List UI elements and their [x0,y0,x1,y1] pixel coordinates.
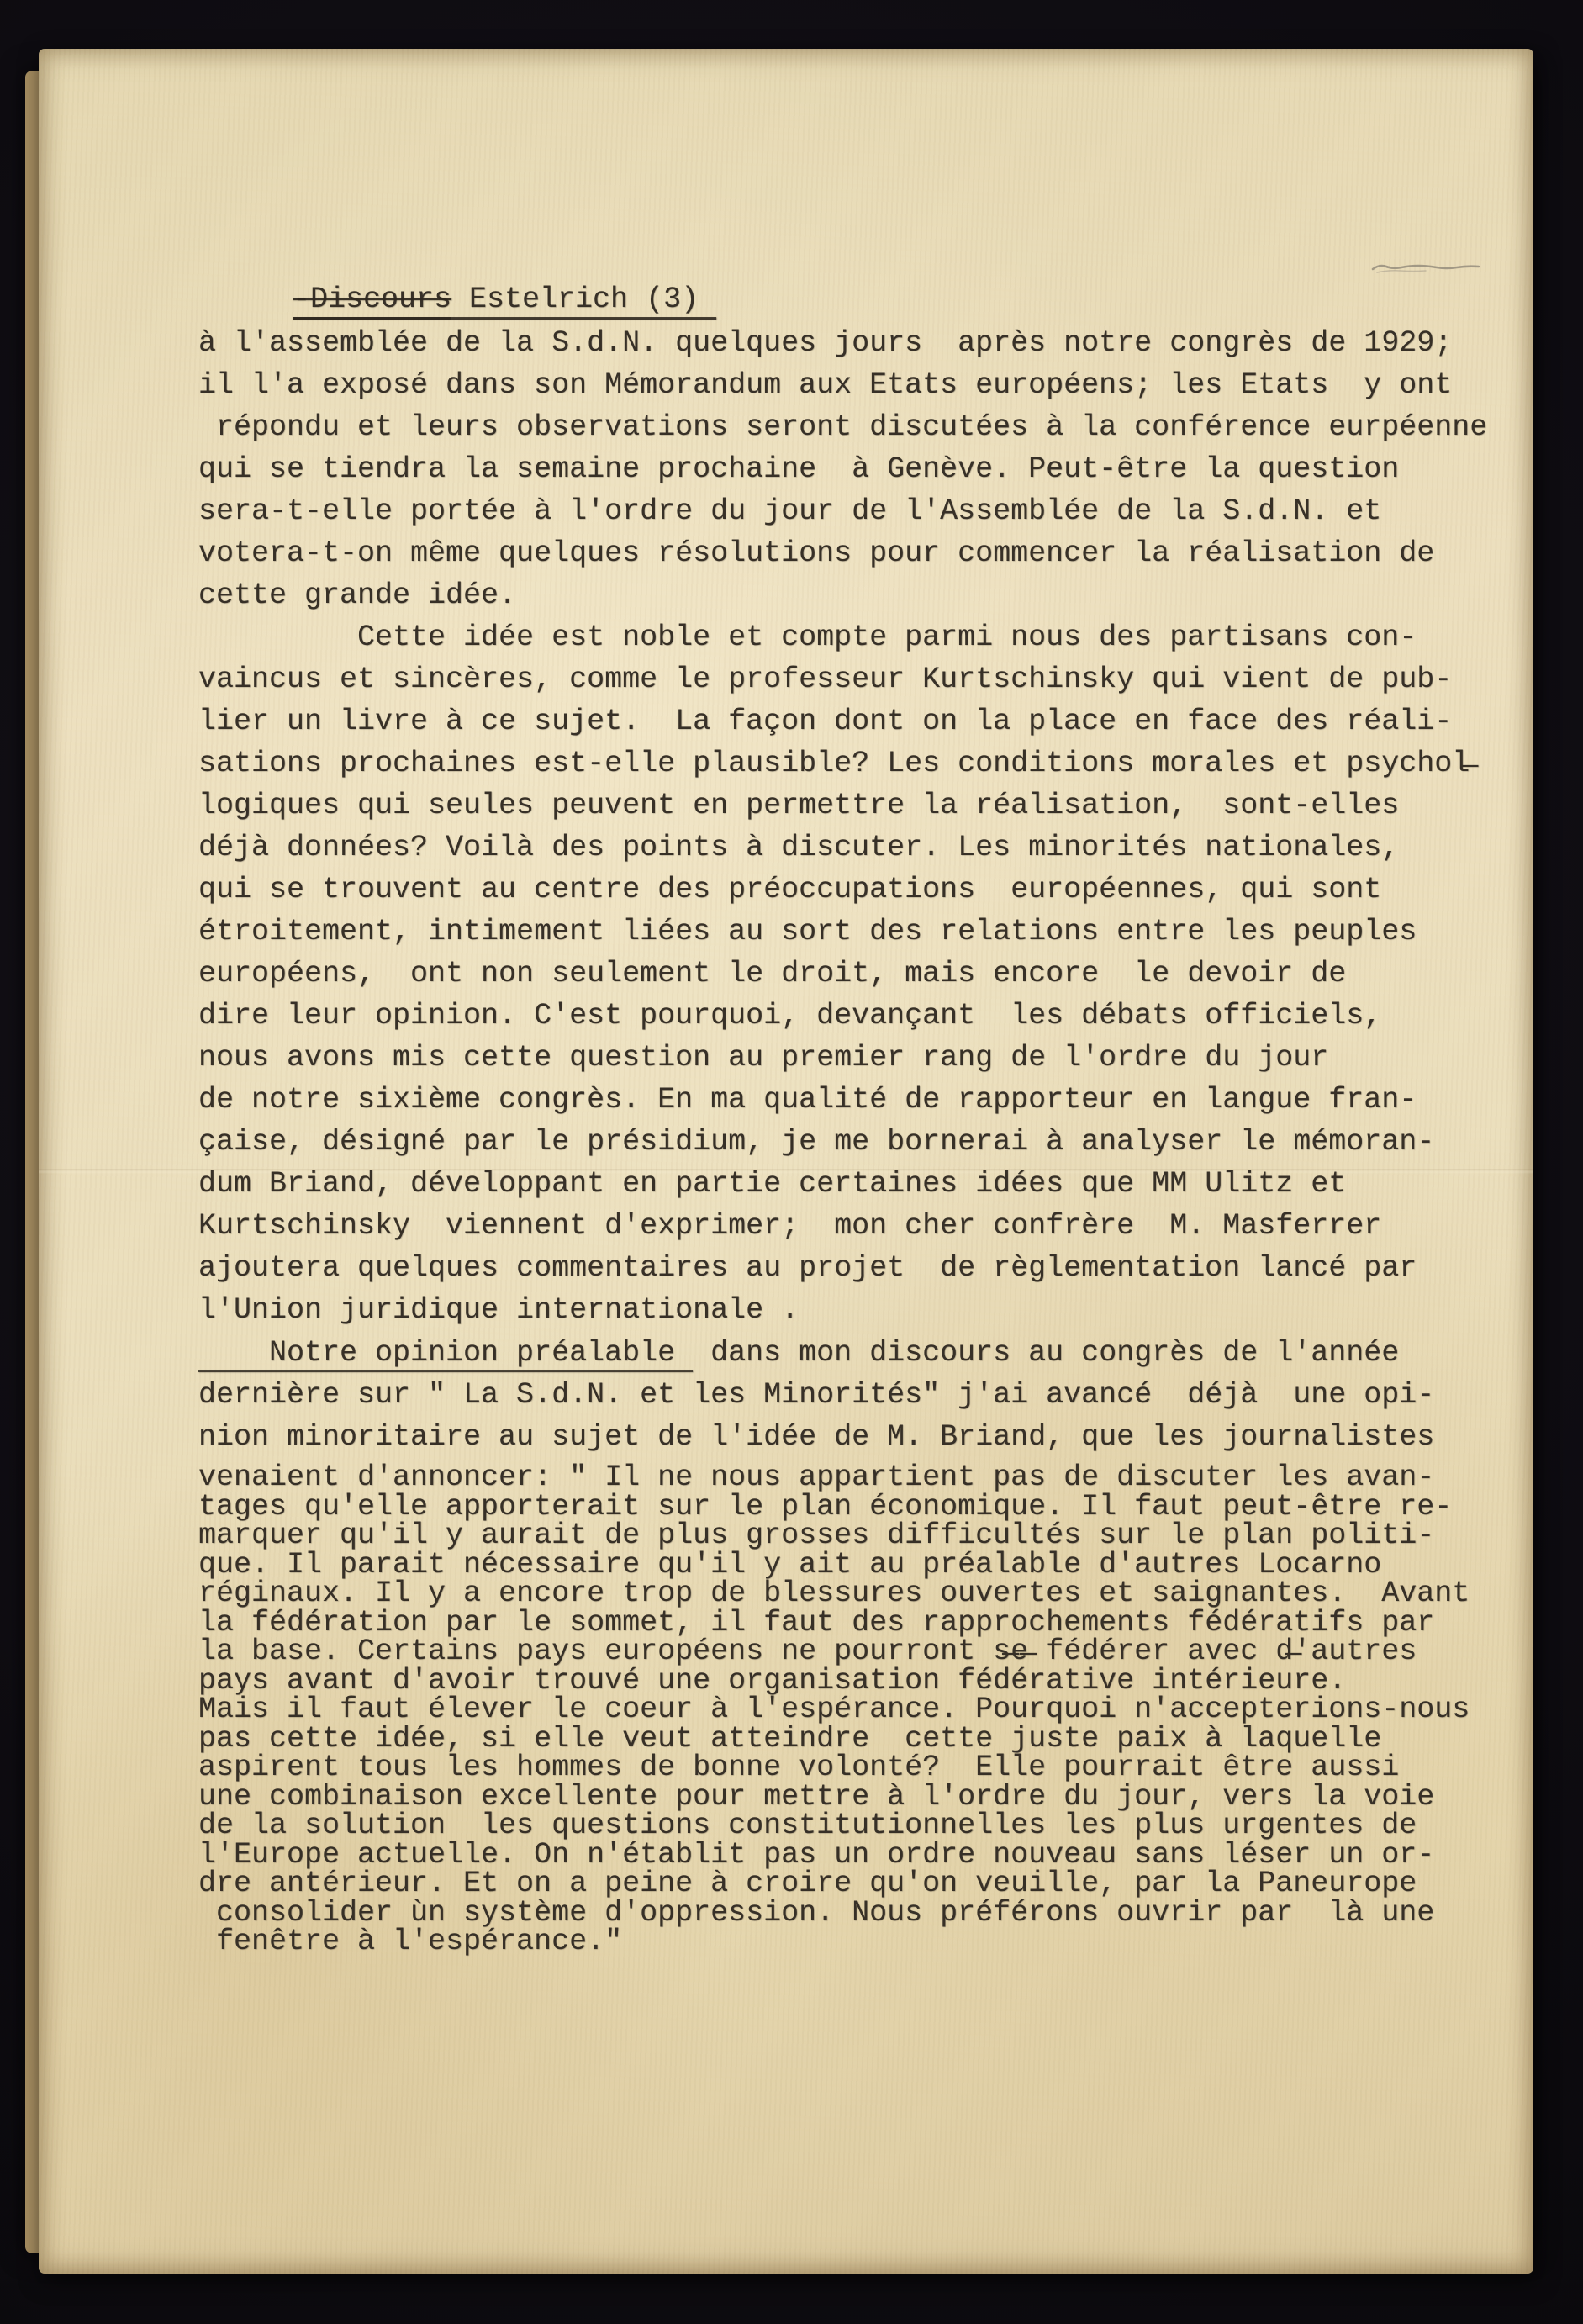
text-line: l'Europe actuelle. On n'établit pas un o… [198,1841,1470,1870]
text-line: la base. Certains pays européens ne pour… [198,1637,1470,1666]
text-line: consolider ùn système d'oppression. Nous… [198,1899,1470,1928]
text-line: cette grande idée. [198,574,1487,616]
text-line: européens, ont non seulement le droit, m… [198,953,1487,995]
text-line: aspirent tous les hommes de bonne volont… [198,1753,1470,1783]
page-title: -Discours Estelrich (3) [293,282,716,317]
text-line: pas cette idée, si elle veut atteindre c… [198,1725,1470,1754]
text-line: qui se tiendra la semaine prochaine à Ge… [198,448,1487,490]
text-line: venaient d'annoncer: " Il ne nous appart… [198,1463,1470,1492]
text-line-opinion-lead: Notre opinion préalable dans mon discour… [198,1332,1434,1374]
text-line: votera-t-on même quelques résolutions po… [198,532,1487,574]
text-line: qui se trouvent au centre des préoccupat… [198,869,1487,911]
text-line: réginaux. Il y a encore trop de blessure… [198,1579,1470,1608]
title-struck-word: -Discours [293,283,451,316]
pencil-scribble-mark [1370,256,1481,277]
text-line: dernière sur " La S.d.N. et les Minorité… [198,1374,1434,1416]
text-line: logiques qui seules peuvent en permettre… [198,784,1487,827]
text-line: dire leur opinion. C'est pourquoi, devan… [198,995,1487,1037]
paragraph-block-main: à l'assemblée de la S.d.N. quelques jour… [198,322,1487,1331]
text-line: une combinaison excellente pour mettre à… [198,1783,1470,1812]
text-line: lier un livre à ce sujet. La façon dont … [198,700,1487,742]
typewritten-page: -Discours Estelrich (3) à l'assemblée de… [39,49,1533,2274]
text-line: çaise, désigné par le présidium, je me b… [198,1121,1487,1163]
text-line: dre antérieur. Et on a peine à croire qu… [198,1869,1470,1899]
paragraph-block-opinion: Notre opinion préalable dans mon discour… [198,1332,1434,1458]
text-line: ajoutera quelques commentaires au projet… [198,1247,1487,1289]
title-rest-text: Estelrich (3) [451,283,716,316]
text-line: répondu et leurs observations seront dis… [198,406,1487,448]
text-line: dum Briand, développant en partie certai… [198,1163,1487,1205]
text-line: marquer qu'il y aurait de plus grosses d… [198,1521,1470,1550]
opinion-line-rest: dans mon discours au congrès de l'année [693,1336,1399,1370]
text-line: fenêtre à l'espérance." [198,1927,1470,1957]
text-line: la fédération par le sommet, il faut des… [198,1608,1470,1638]
text-line: vaincus et sincères, comme le professeur… [198,658,1487,700]
text-line: sera-t-elle portée à l'ordre du jour de … [198,490,1487,532]
underlined-heading: Notre opinion préalable [198,1336,693,1370]
text-line: Mais il faut élever le coeur à l'espéran… [198,1695,1470,1725]
paragraph-block-quote: venaient d'annoncer: " Il ne nous appart… [198,1463,1470,1957]
text-line: étroitement, intimement liées au sort de… [198,911,1487,953]
text-line: de notre sixième congrès. En ma qualité … [198,1079,1487,1121]
text-line: nion minoritaire au sujet de l'idée de M… [198,1416,1434,1458]
text-line: nous avons mis cette question au premier… [198,1037,1487,1079]
text-line: Cette idée est noble et compte parmi nou… [198,616,1487,658]
text-line: déjà données? Voilà des points à discute… [198,827,1487,869]
text-line: sations prochaines est-elle plausible? L… [198,742,1487,784]
text-line: il l'a exposé dans son Mémorandum aux Et… [198,364,1487,406]
text-line: de la solution les questions constitutio… [198,1811,1470,1841]
text-line: à l'assemblée de la S.d.N. quelques jour… [198,322,1487,364]
text-line: l'Union juridique internationale . [198,1289,1487,1331]
text-line: tages qu'elle apporterait sur le plan éc… [198,1492,1470,1522]
opinion-following-lines: dernière sur " La S.d.N. et les Minorité… [198,1374,1434,1458]
text-line: que. Il parait nécessaire qu'il y ait au… [198,1550,1470,1580]
photo-scene: -Discours Estelrich (3) à l'assemblée de… [0,0,1583,2324]
text-line: pays avant d'avoir trouvé une organisati… [198,1666,1470,1696]
text-line: Kurtschinsky viennent d'exprimer; mon ch… [198,1205,1487,1247]
